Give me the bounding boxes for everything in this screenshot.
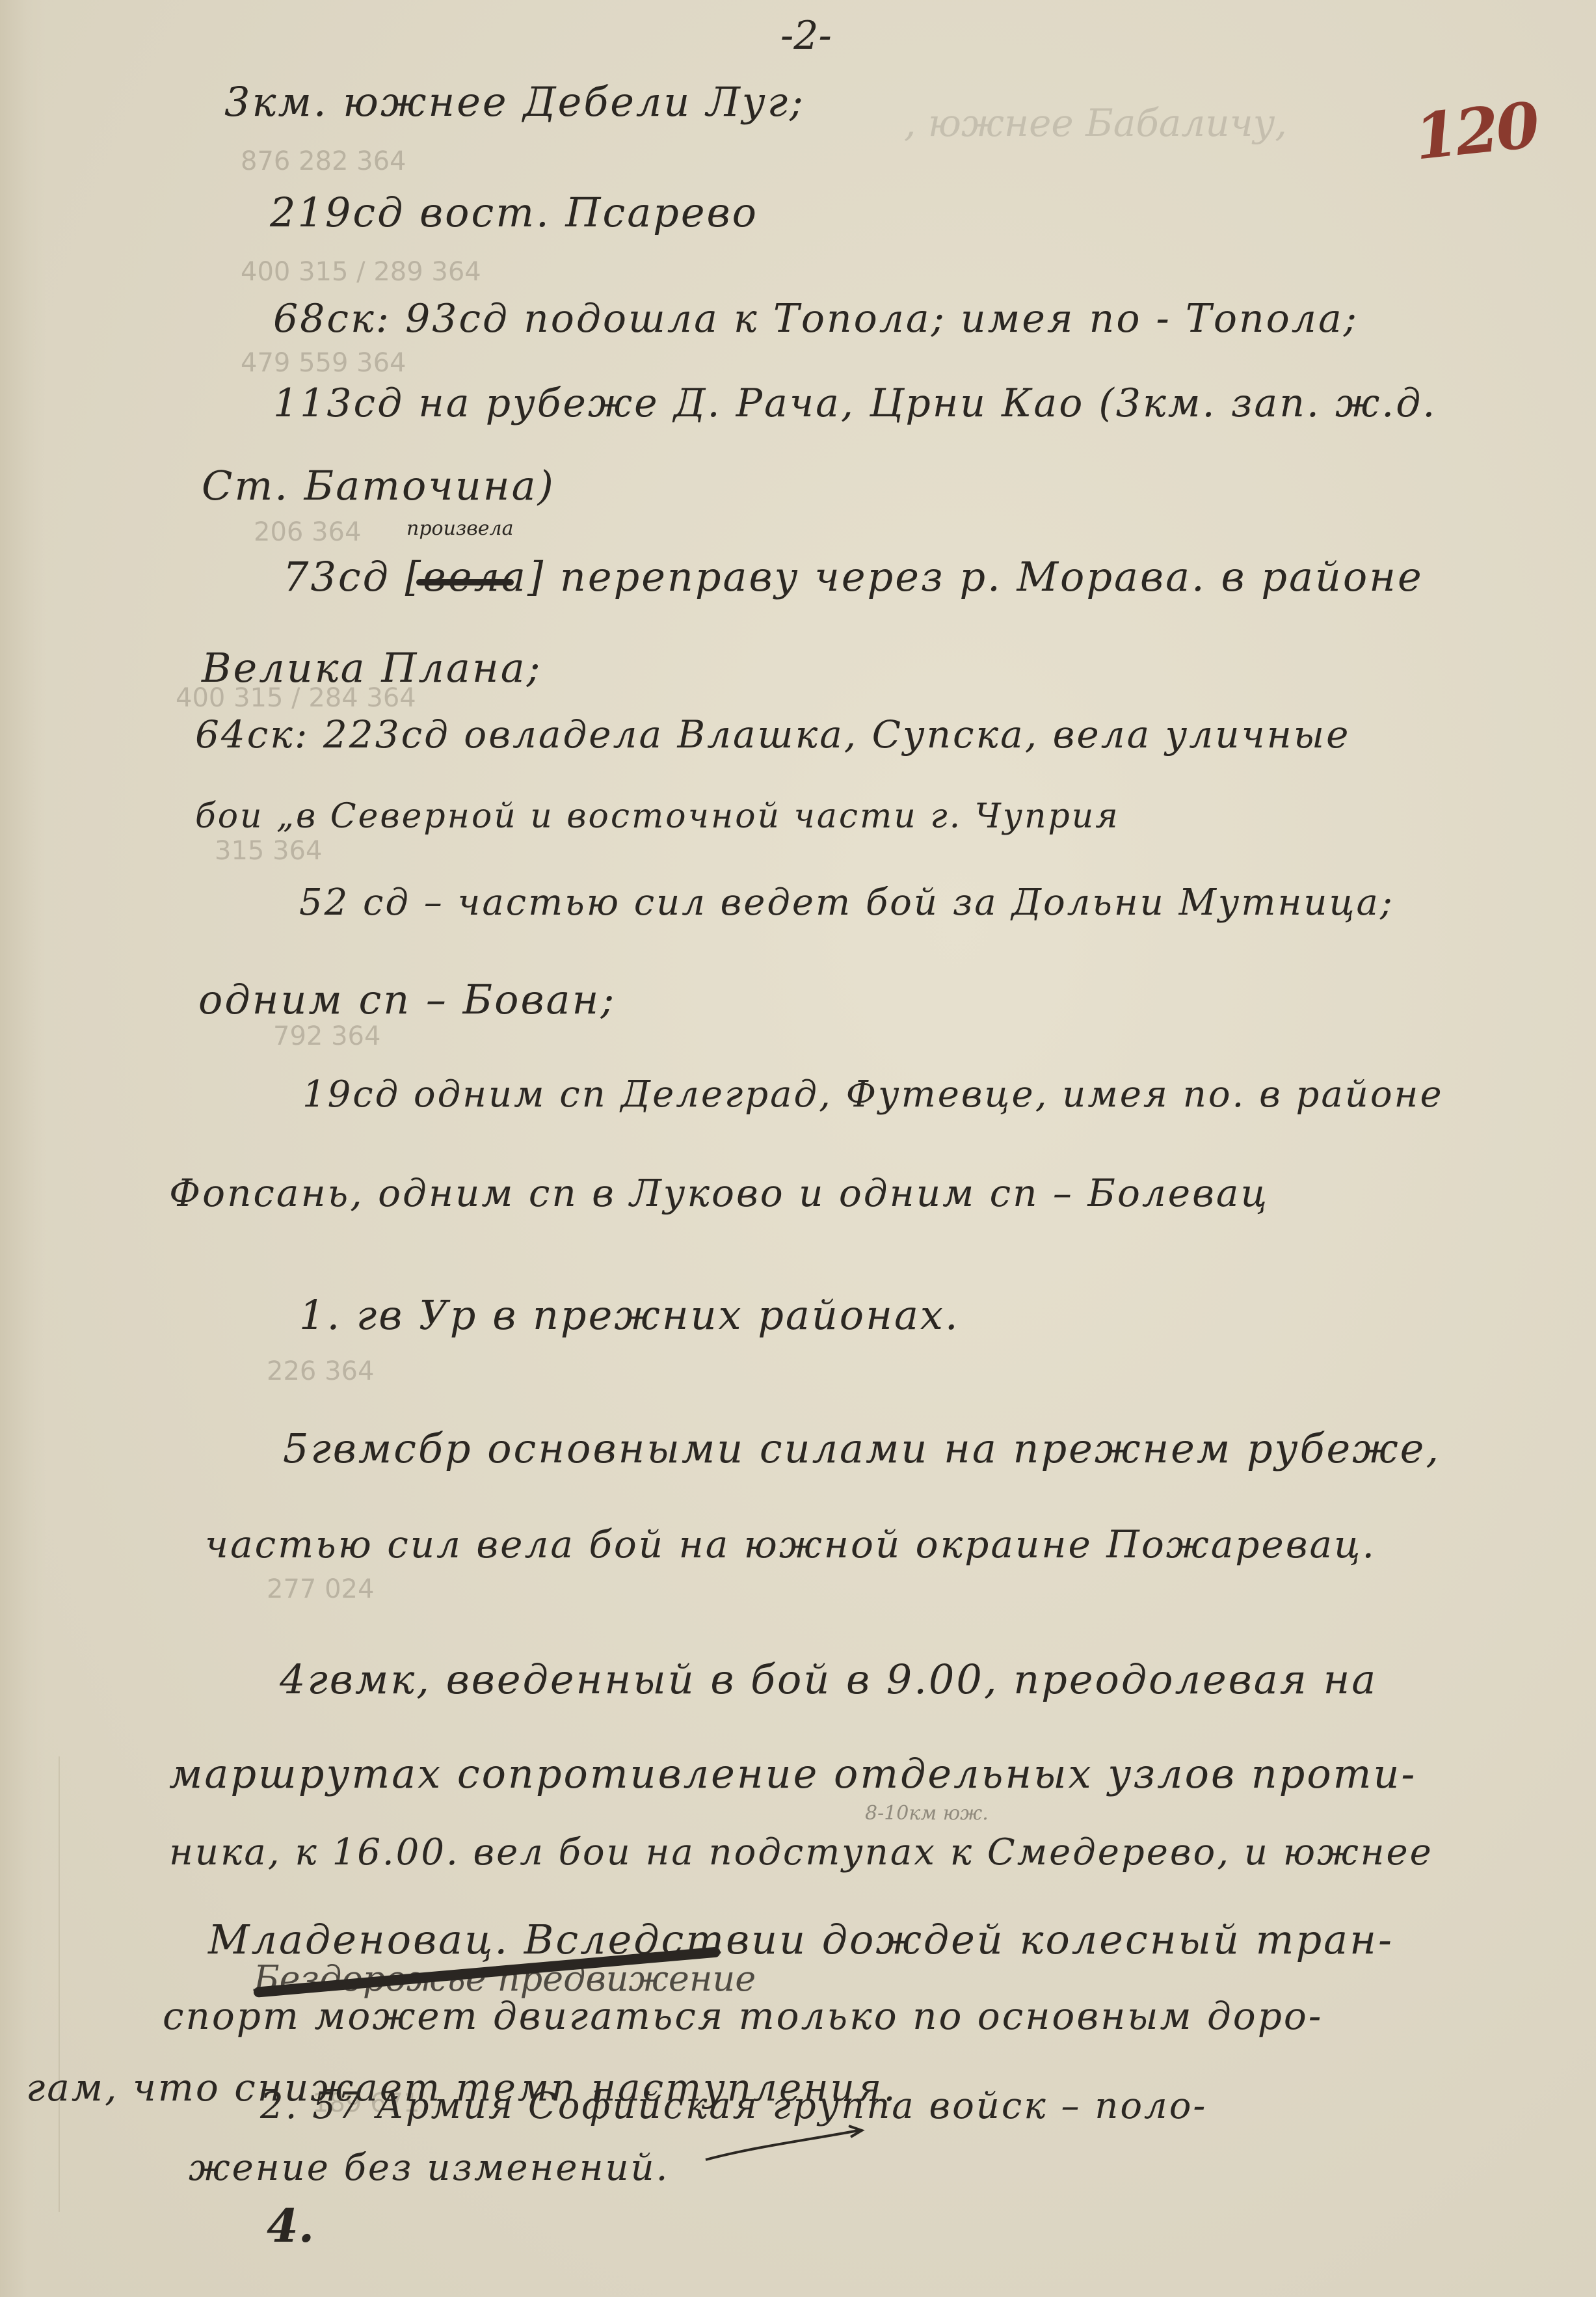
text-line: 1. гв Ур в прежних районах. xyxy=(299,1291,960,1339)
page-number: -2- xyxy=(780,13,832,59)
text-line: 64ск: 223сд овладела Влашка, Супска, вел… xyxy=(195,712,1350,757)
pencil-note: 226 364 xyxy=(267,1356,374,1386)
insertion-arrow-icon xyxy=(702,2121,871,2166)
text-line: 19сд одним сп Делеград, Футевце, имея по… xyxy=(302,1073,1444,1116)
pencil-note: 277 024 xyxy=(267,1574,374,1604)
text-line: 5гвмсбр основными силами на прежнем рубе… xyxy=(283,1425,1441,1472)
pencil-note: 792 364 xyxy=(273,1021,380,1051)
text-line: Велика Плана; xyxy=(202,644,542,692)
text-line: частью сил вела бой на южной окраине Пож… xyxy=(205,1522,1376,1566)
paper-fold xyxy=(59,1756,60,2212)
inserted-note: 8-10км юж. xyxy=(865,1802,989,1825)
text-line: бои „в Северной и восточной части г. Чуп… xyxy=(195,797,1120,836)
text-line: 4гвмк, введенный в бой в 9.00, преодолев… xyxy=(280,1656,1377,1703)
text-line: 68ск: 93сд подошла к Топола; имея по - Т… xyxy=(273,296,1359,342)
text-line: 73сд [вела] переправу через р. Морава. в… xyxy=(283,553,1424,600)
end-mark: 4. xyxy=(267,2199,314,2253)
text-line: 52 сд – частью сил ведет бой за Дольни М… xyxy=(299,881,1394,924)
text-line: одним сп – Бован; xyxy=(198,976,616,1023)
show-through-text: , южнее Бабаличу, xyxy=(904,101,1287,145)
pencil-note: 400 315 / 289 364 xyxy=(241,257,481,287)
pencil-note: 876 282 364 xyxy=(241,146,406,176)
text-line: 219сд вост. Псарево xyxy=(270,189,758,236)
text-line: 3км. южнее Дебели Луг; xyxy=(224,78,805,126)
text-line: спорт может двигаться только по основным… xyxy=(163,1994,1323,2038)
inserted-word: произвела xyxy=(406,517,513,540)
strikethrough xyxy=(416,579,514,585)
crossed-out-text: Бездорожье предвижение xyxy=(254,1958,756,1999)
archive-folio-number: 120 xyxy=(1411,88,1541,174)
text-line: маршрутах сопротивление отдельных узлов … xyxy=(169,1750,1416,1797)
pencil-note: 315 364 xyxy=(215,836,322,866)
document-page: -2- 120 , южнее Бабаличу, 876 282 364 40… xyxy=(0,0,1596,2297)
pencil-note: 479 559 364 xyxy=(241,348,406,378)
text-line: жение без изменений. xyxy=(189,2147,669,2189)
binding-edge xyxy=(0,0,46,2297)
text-line: ника, к 16.00. вел бои на подступах к См… xyxy=(169,1831,1433,1874)
pencil-note: 206 364 xyxy=(254,517,361,547)
text-line: Фопсань, одним сп в Луково и одним сп – … xyxy=(169,1171,1269,1215)
text-line: Ст. Баточина) xyxy=(202,462,555,509)
text-line: Младеновац. Вследствии дождей колесный т… xyxy=(208,1916,1394,1963)
text-line: 113сд на рубеже Д. Рача, Црни Као (3км. … xyxy=(273,381,1437,426)
